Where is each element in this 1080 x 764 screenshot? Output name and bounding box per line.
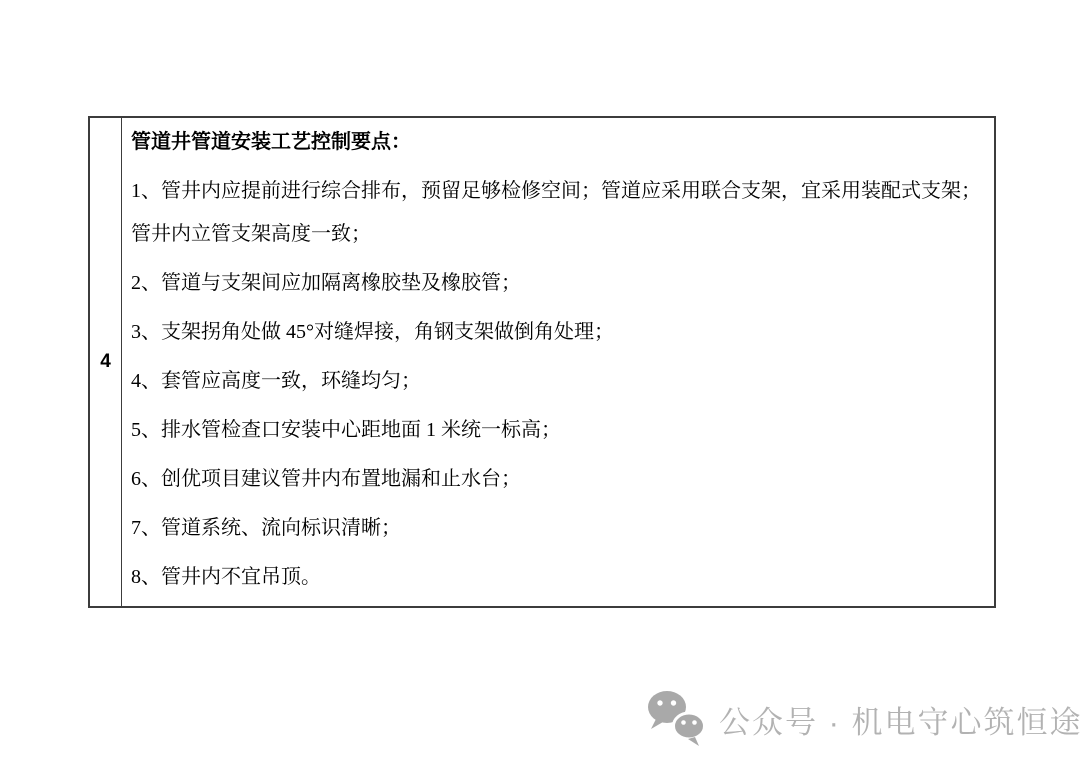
document-page: 4 管道井管道安装工艺控制要点： 1、管井内应提前进行综合排布，预留足够检修空间…	[0, 0, 1080, 764]
list-item-7: 7、管道系统、流向标识清晰；	[131, 507, 989, 550]
process-control-table: 4 管道井管道安装工艺控制要点： 1、管井内应提前进行综合排布，预留足够检修空间…	[88, 116, 996, 608]
list-item-6: 6、创优项目建议管井内布置地漏和止水台；	[131, 458, 989, 501]
watermark: 公众号 · 机电守心筑恒途	[645, 688, 1080, 750]
section-title: 管道井管道安装工艺控制要点：	[131, 121, 989, 164]
row-number-cell: 4	[90, 118, 122, 606]
wechat-icon	[645, 688, 709, 750]
list-item-2: 2、管道与支架间应加隔离橡胶垫及橡胶管；	[131, 262, 989, 305]
list-item-1: 1、管井内应提前进行综合排布，预留足够检修空间；管道应采用联合支架，宜采用装配式…	[131, 170, 989, 256]
content-cell: 管道井管道安装工艺控制要点： 1、管井内应提前进行综合排布，预留足够检修空间；管…	[122, 118, 994, 606]
list-item-4: 4、套管应高度一致，环缝均匀；	[131, 360, 989, 403]
watermark-text: 公众号 · 机电守心筑恒途	[719, 697, 1080, 742]
list-item-3: 3、支架拐角处做 45°对缝焊接，角钢支架做倒角处理；	[131, 311, 989, 354]
list-item-8: 8、管井内不宜吊顶。	[131, 556, 989, 599]
list-item-5: 5、排水管检查口安装中心距地面 1 米统一标高；	[131, 409, 989, 452]
row-number: 4	[100, 351, 111, 373]
